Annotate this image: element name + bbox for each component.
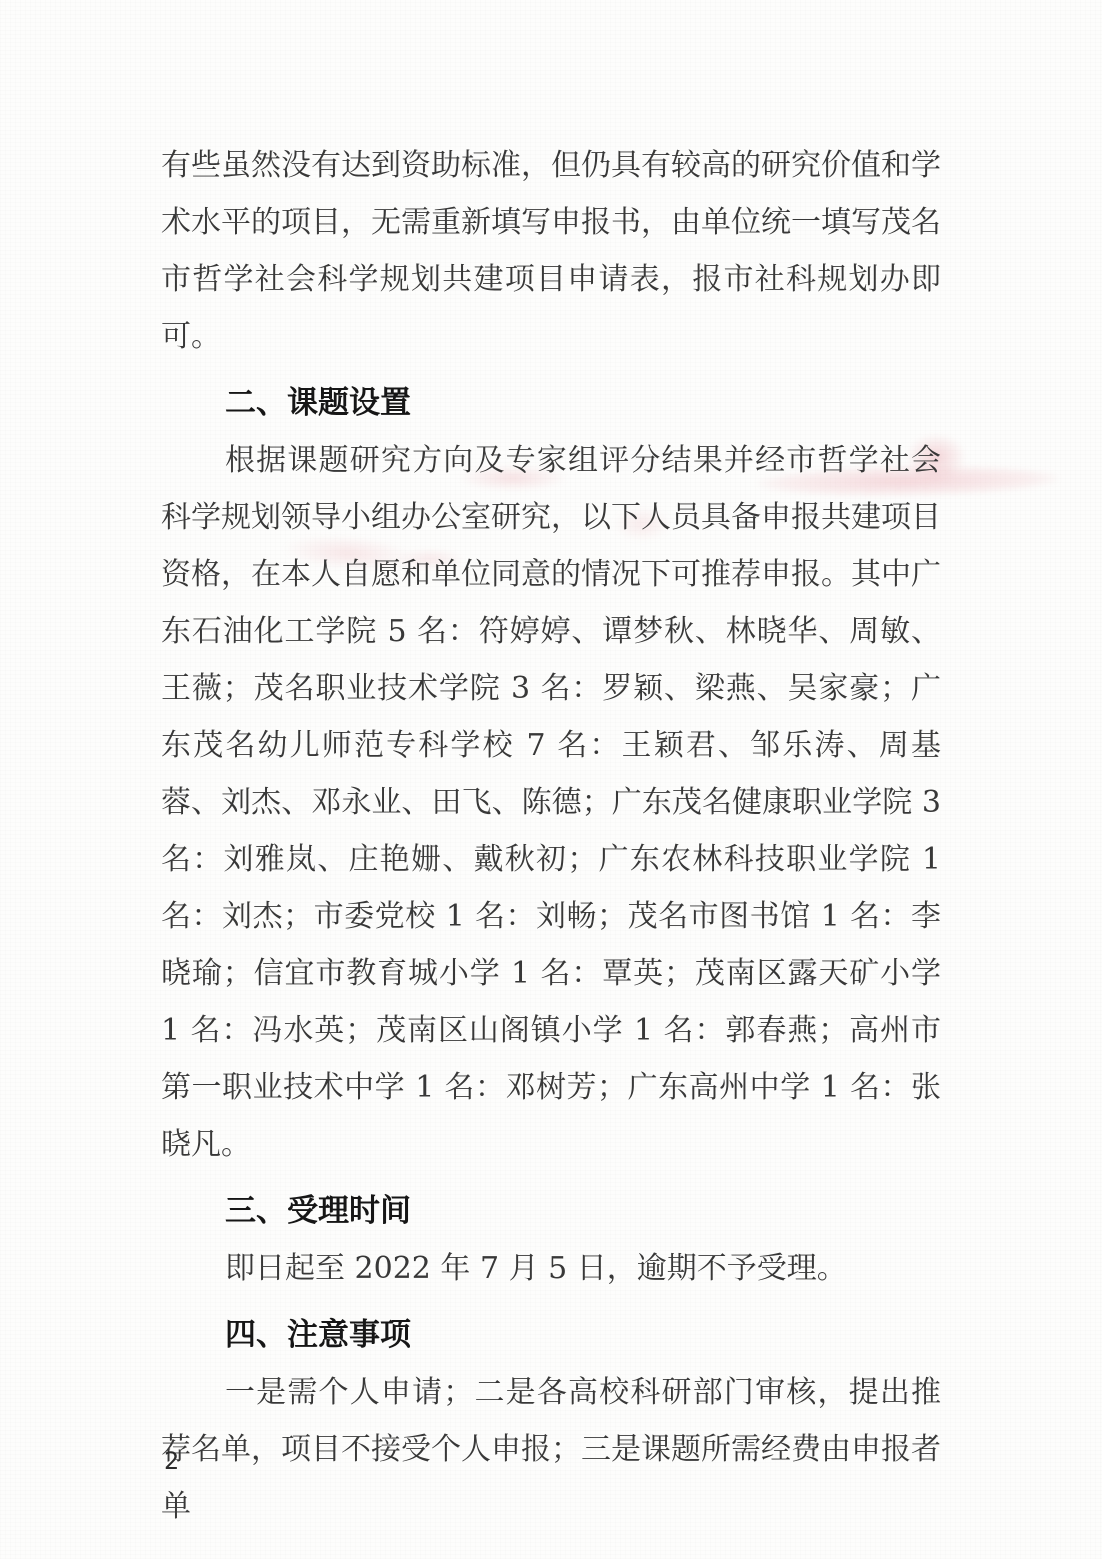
- paragraph-eligible-applicants: 根据课题研究方向及专家组评分结果并经市哲学社会科学规划领导小组办公室研究，以下人…: [161, 432, 941, 1173]
- section-heading-acceptance-time: 三、受理时间: [161, 1183, 941, 1240]
- paragraph-funding-continued: 有些虽然没有达到资助标准，但仍具有较高的研究价值和学术水平的项目，无需重新填写申…: [161, 137, 941, 365]
- paragraph-notes: 一是需个人申请；二是各高校科研部门审核，提出推荐名单，项目不接受个人申报；三是课…: [161, 1364, 941, 1535]
- section-heading-topic-setup: 二、课题设置: [161, 375, 941, 432]
- paragraph-deadline: 即日起至 2022 年 7 月 5 日，逾期不予受理。: [161, 1240, 941, 1297]
- page-number: 2: [164, 1447, 179, 1475]
- section-heading-notes: 四、注意事项: [161, 1307, 941, 1364]
- document-content: 有些虽然没有达到资助标准，但仍具有较高的研究价值和学术水平的项目，无需重新填写申…: [161, 137, 941, 1535]
- document-page: 有些虽然没有达到资助标准，但仍具有较高的研究价值和学术水平的项目，无需重新填写申…: [0, 0, 1102, 1559]
